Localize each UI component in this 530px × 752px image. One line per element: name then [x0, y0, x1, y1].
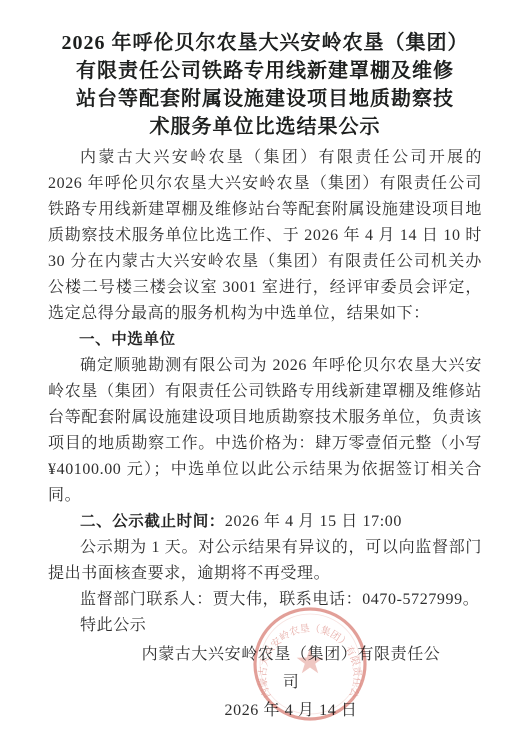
- section1-paragraph: 确定顺驰勘测有限公司为 2026 年呼伦贝尔农垦大兴安岭农垦（集团）有限责任公司…: [48, 353, 482, 509]
- title-line-3: 站台等配套附属设施建设项目地质勘察技: [0, 85, 530, 113]
- section1-heading: 一、中选单位: [48, 327, 482, 353]
- section2-deadline: 2026 年 4 月 15 日 17:00: [225, 513, 402, 530]
- contact-line: 监督部门联系人：贾大伟，联系电话：0470-5727999。: [48, 587, 482, 613]
- signature-block: 内蒙古大兴安岭农垦（集团）有限责任公司 2026 年 4 月 14 日: [136, 641, 446, 725]
- intro-paragraph: 内蒙古大兴安岭农垦（集团）有限责任公司开展的 2026 年呼伦贝尔农垦大兴安岭农…: [48, 145, 482, 327]
- document-body: 内蒙古大兴安岭农垦（集团）有限责任公司开展的 2026 年呼伦贝尔农垦大兴安岭农…: [0, 145, 530, 639]
- page-title: 2026 年呼伦贝尔农垦大兴安岭农垦（集团） 有限责任公司铁路专用线新建罩棚及维…: [0, 0, 530, 141]
- section2-heading-line: 二、公示截止时间：2026 年 4 月 15 日 17:00: [48, 509, 482, 535]
- title-line-4: 术服务单位比选结果公示: [0, 113, 530, 141]
- closing-line: 特此公示: [48, 613, 482, 639]
- signature-date: 2026 年 4 月 14 日: [136, 697, 446, 725]
- announcement-page: 2026 年呼伦贝尔农垦大兴安岭农垦（集团） 有限责任公司铁路专用线新建罩棚及维…: [0, 0, 530, 752]
- signature-company: 内蒙古大兴安岭农垦（集团）有限责任公司: [136, 641, 446, 697]
- section2-paragraph: 公示期为 1 天。对公示结果有异议的，可以向监督部门提出书面核查要求，逾期将不再…: [48, 535, 482, 587]
- title-line-1: 2026 年呼伦贝尔农垦大兴安岭农垦（集团）: [0, 29, 530, 57]
- title-line-2: 有限责任公司铁路专用线新建罩棚及维修: [0, 57, 530, 85]
- section2-heading: 二、公示截止时间：: [80, 513, 225, 530]
